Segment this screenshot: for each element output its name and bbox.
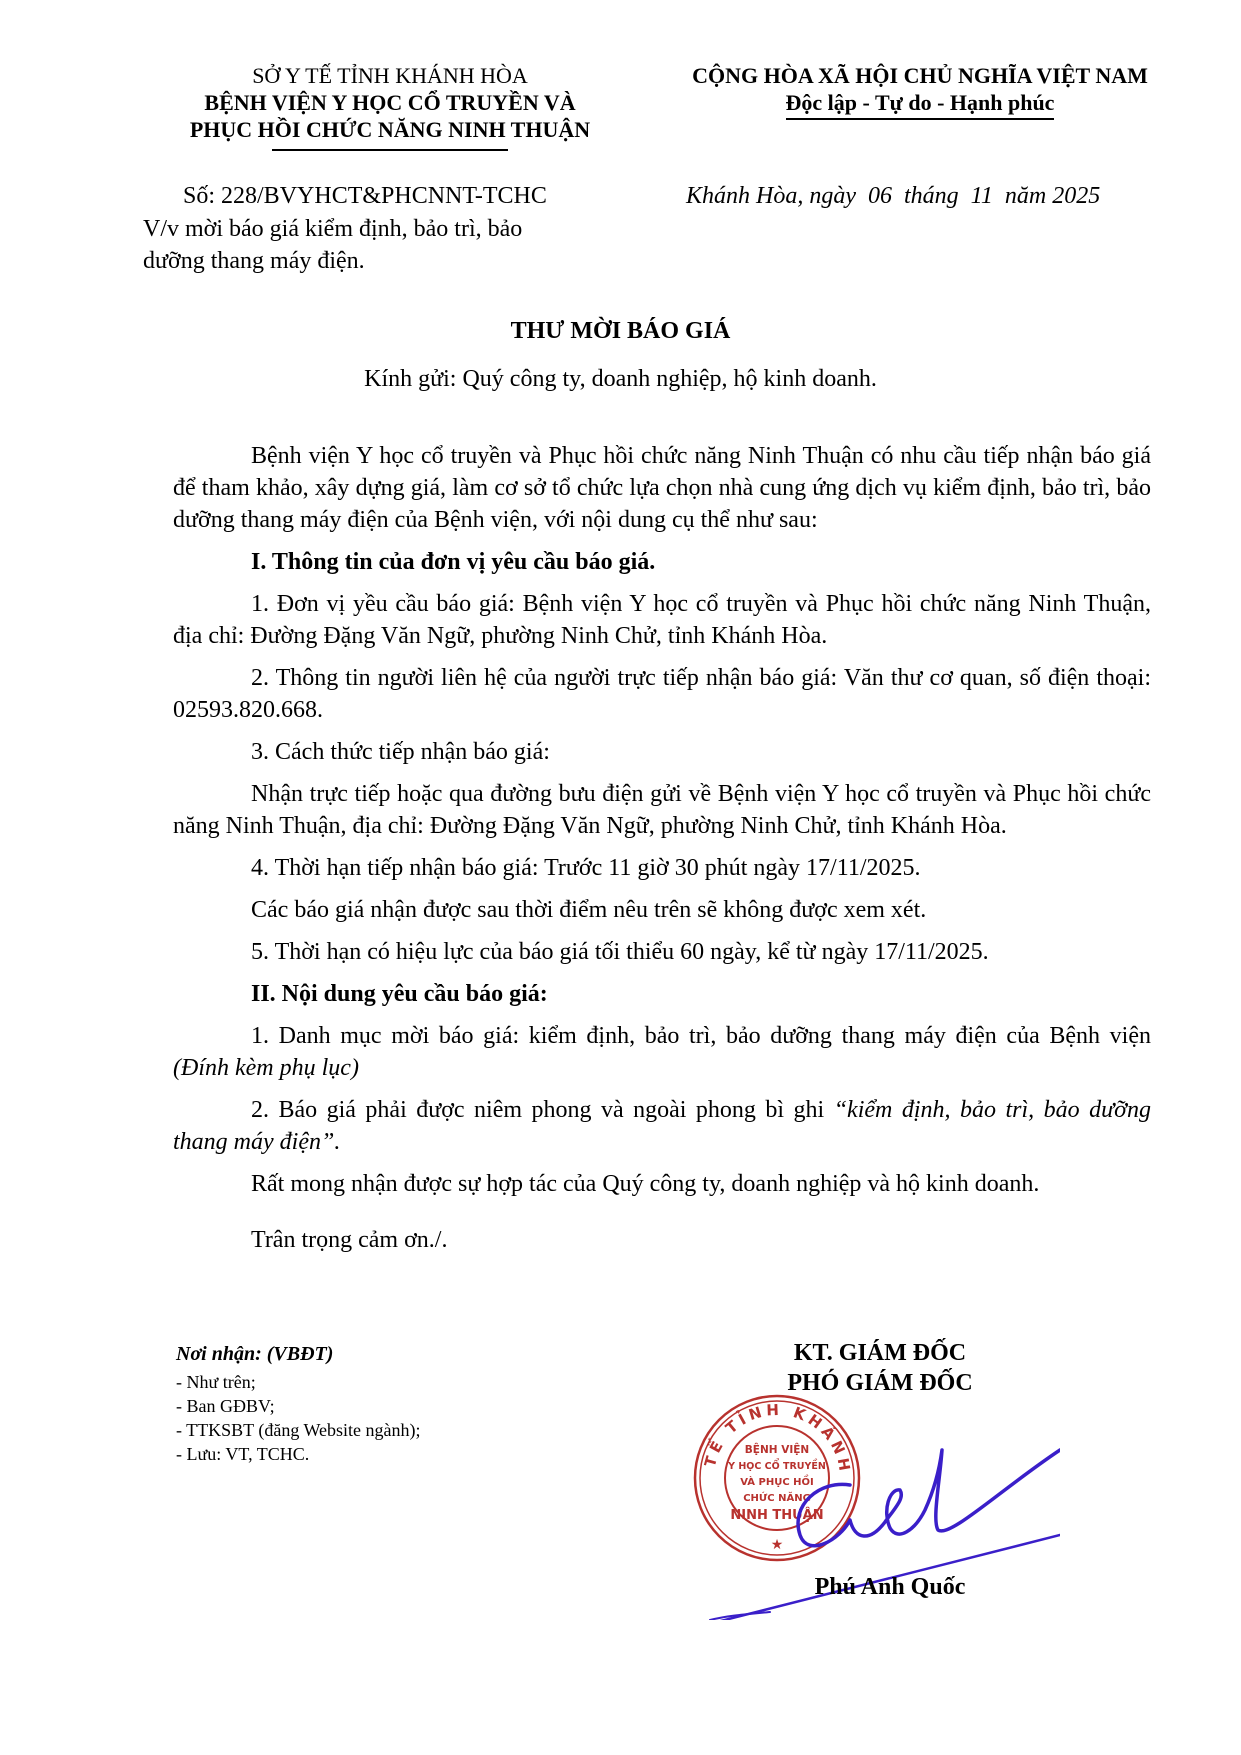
intro-paragraph: Bệnh viện Y học cổ truyền và Phục hồi ch… bbox=[173, 440, 1151, 536]
reference-number: 228 bbox=[221, 183, 257, 209]
reference-label: Số: bbox=[183, 183, 215, 209]
section-2-item-1: 1. Danh mục mời báo giá: kiểm định, bảo … bbox=[173, 1020, 1151, 1084]
date-year-label: năm bbox=[1005, 183, 1046, 209]
signature-title: KT. GIÁM ĐỐC PHÓ GIÁM ĐỐC bbox=[760, 1338, 1000, 1398]
attachment-note: (Đính kèm phụ lục) bbox=[173, 1055, 359, 1081]
hospital-name-line2: PHỤC HỒI CHỨC NĂNG NINH THUẬN bbox=[140, 116, 640, 143]
recipient-item: - Như trên; bbox=[176, 1370, 421, 1394]
recipients-block: Nơi nhận: (VBĐT) - Như trên; - Ban GĐBV;… bbox=[176, 1342, 421, 1466]
section-2-heading: II. Nội dung yêu cầu báo giá: bbox=[173, 978, 1151, 1010]
hospital-name-line1: BỆNH VIỆN Y HỌC CỔ TRUYỀN VÀ bbox=[140, 89, 640, 116]
section-1-item-1: 1. Đơn vị yều cầu báo giá: Bệnh viện Y h… bbox=[173, 588, 1151, 652]
recipient-item: - Ban GĐBV; bbox=[176, 1394, 421, 1418]
thanks-line: Trân trọng cảm ơn./. bbox=[173, 1224, 1151, 1256]
section-1-item-4-note: Các báo giá nhận được sau thời điểm nêu … bbox=[173, 894, 1151, 926]
document-date: Khánh Hòa, ngày 06 tháng 11 năm 2025 bbox=[686, 183, 1100, 210]
date-month-label: tháng bbox=[904, 183, 959, 209]
recipient-item: - Lưu: VT, TCHC. bbox=[176, 1442, 421, 1466]
reference-code: /BVYHCT&PHCNNT-TCHC bbox=[257, 183, 547, 209]
section-1-item-2: 2. Thông tin người liên hệ của người trự… bbox=[173, 662, 1151, 726]
closing-paragraph: Rất mong nhận được sự hợp tác của Quý cô… bbox=[173, 1168, 1151, 1200]
national-header: CỘNG HÒA XÃ HỘI CHỦ NGHĨA VIỆT NAM Độc l… bbox=[660, 62, 1180, 120]
document-reference: Số: 228/BVYHCT&PHCNNT-TCHC bbox=[183, 183, 547, 210]
document-title: THƯ MỜI BÁO GIÁ bbox=[0, 318, 1241, 345]
date-day: 06 bbox=[868, 183, 892, 210]
signer-name: Phú Anh Quốc bbox=[770, 1574, 1010, 1601]
document-subject: V/v mời báo giá kiểm định, bảo trì, bảo … bbox=[143, 213, 522, 277]
section-2-item-2: 2. Báo giá phải được niêm phong và ngoài… bbox=[173, 1094, 1151, 1158]
section-1-item-3-detail: Nhận trực tiếp hoặc qua đường bưu điện g… bbox=[173, 778, 1151, 842]
national-motto: Độc lập - Tự do - Hạnh phúc bbox=[786, 89, 1055, 120]
greeting: Kính gửi: Quý công ty, doanh nghiệp, hộ … bbox=[0, 366, 1241, 393]
recipient-item: - TTKSBT (đăng Website ngành); bbox=[176, 1418, 421, 1442]
section-2-item-1-text: 1. Danh mục mời báo giá: kiểm định, bảo … bbox=[251, 1023, 1151, 1049]
section-1-item-3: 3. Cách thức tiếp nhận báo giá: bbox=[173, 736, 1151, 768]
subject-line1: V/v mời báo giá kiểm định, bảo trì, bảo bbox=[143, 213, 522, 245]
document-body: Bệnh viện Y học cổ truyền và Phục hồi ch… bbox=[173, 440, 1151, 1266]
recipients-heading: Nơi nhận: (VBĐT) bbox=[176, 1342, 421, 1366]
section-2-item-2-text: 2. Báo giá phải được niêm phong và ngoài… bbox=[251, 1097, 824, 1123]
date-month: 11 bbox=[971, 183, 993, 210]
header-divider bbox=[272, 149, 508, 151]
section-1-heading: I. Thông tin của đơn vị yêu cầu báo giá. bbox=[173, 546, 1151, 578]
section-1-item-4: 4. Thời hạn tiếp nhận báo giá: Trước 11 … bbox=[173, 852, 1151, 884]
signature-title-line1: KT. GIÁM ĐỐC bbox=[760, 1338, 1000, 1368]
date-prefix: Khánh Hòa, ngày bbox=[686, 183, 856, 209]
date-year: 2025 bbox=[1052, 183, 1100, 209]
issuing-authority-header: SỞ Y TẾ TỈNH KHÁNH HÒA BỆNH VIỆN Y HỌC C… bbox=[140, 62, 640, 151]
parent-agency: SỞ Y TẾ TỈNH KHÁNH HÒA bbox=[140, 62, 640, 89]
national-title: CỘNG HÒA XÃ HỘI CHỦ NGHĨA VIỆT NAM bbox=[660, 62, 1180, 89]
subject-line2: dưỡng thang máy điện. bbox=[143, 245, 522, 277]
section-1-item-5: 5. Thời hạn có hiệu lực của báo giá tối … bbox=[173, 936, 1151, 968]
